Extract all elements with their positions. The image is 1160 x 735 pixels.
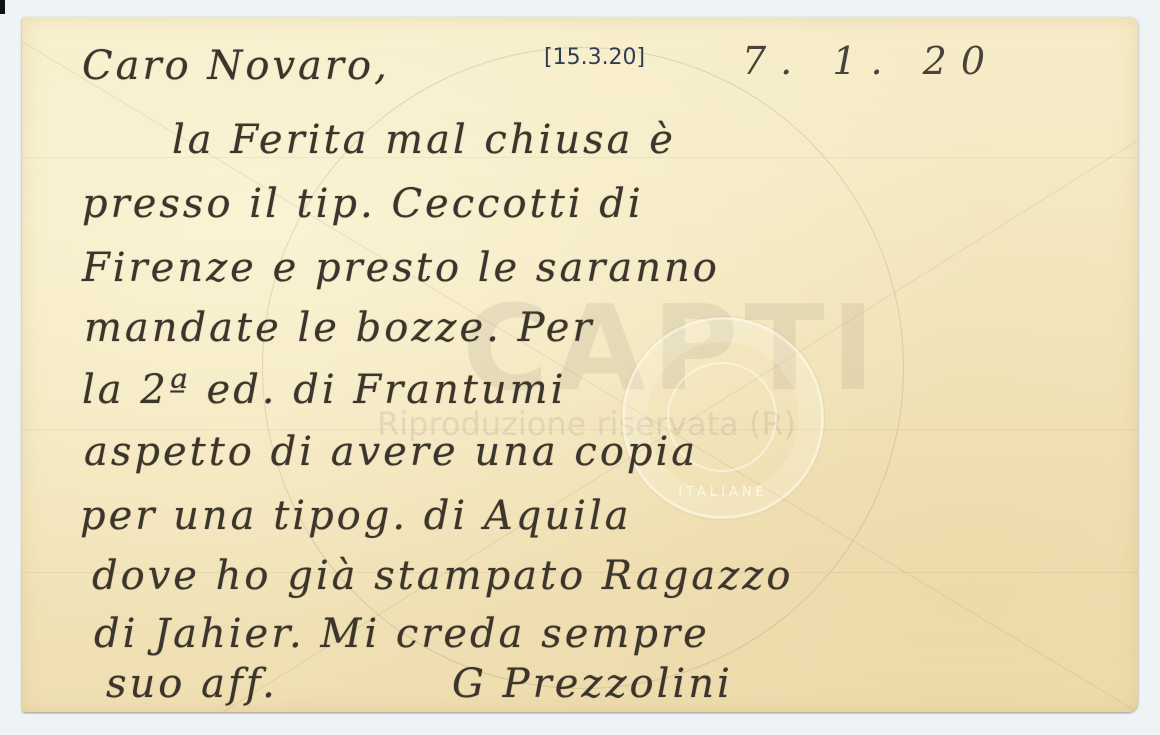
letter-line: la Ferita mal chiusa è	[172, 117, 676, 163]
postcard: CAPTI Riproduzione riservata (R) · ITALI…	[22, 17, 1138, 712]
letter-line: di Jahier. Mi creda sempre	[94, 611, 710, 657]
letter-line: Firenze e presto le saranno	[82, 245, 720, 291]
corner-marker	[0, 0, 5, 14]
letter-date: 7. 1. 20	[742, 39, 999, 83]
letter-line: suo aff.	[106, 661, 278, 707]
letter-line: per una tipog. di Aquila	[80, 493, 632, 539]
embossed-seal: · ITALIANE ·	[622, 317, 824, 519]
embossed-seal-text: · ITALIANE ·	[625, 485, 821, 500]
letter-line: la 2ª ed. di Frantumi	[82, 367, 566, 413]
letter-line: aspetto di avere una copia	[84, 429, 698, 475]
signature: G Prezzolini	[452, 661, 733, 707]
scan-viewport: CAPTI Riproduzione riservata (R) · ITALI…	[0, 0, 1160, 735]
letter-line: mandate le bozze. Per	[84, 305, 594, 351]
salutation: Caro Novaro,	[82, 43, 390, 89]
letter-line: presso il tip. Ceccotti di	[82, 181, 644, 227]
letter-line: dove ho già stampato Ragazzo	[92, 553, 793, 599]
archive-date-note: [15.3.20]	[544, 45, 645, 70]
